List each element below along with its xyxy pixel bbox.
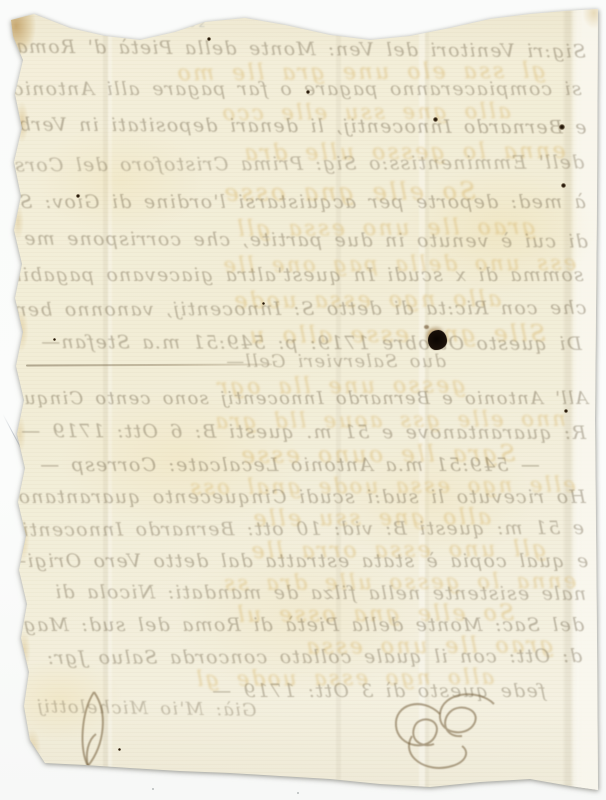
handwriting-line: d: Ott: con il quale collato concorda Sa… <box>46 647 582 668</box>
ink-speck <box>433 117 438 122</box>
handwriting-line: R: quarantanove e 51 m. questi B: 6 Ott:… <box>20 422 586 443</box>
ink-speck <box>207 37 211 41</box>
handwriting-line: del Sac: Monte della Pietà di Roma del s… <box>0 616 584 635</box>
ink-speck <box>561 183 566 188</box>
flourish-tail <box>74 690 112 770</box>
handwriting-line: di cui è venuto in due partite, che corr… <box>0 229 588 251</box>
handwriting-line: à med: deporte per acquistarsi l'ordine … <box>0 193 586 212</box>
handwriting-line: e 51 m: questi B: vid: 10 ott: Bernardo … <box>14 519 584 540</box>
handwriting-line: Già: M'io Michelottij <box>35 698 256 720</box>
handwriting-line: che con Ric:ta di detto S: Innocentij, v… <box>0 299 586 320</box>
paper-sheet: gl ssa elo une gra lle moallo gne ssu el… <box>0 0 606 800</box>
paper-shadow: gl ssa elo une gra lle moallo gne ssu el… <box>0 0 606 800</box>
handwriting-line: Sig:ri Venitori del Ven: Monte della Pie… <box>0 37 586 61</box>
ink-speck <box>262 302 265 305</box>
handwriting-line: somma di x scudi In quest'altra giacevan… <box>7 266 584 285</box>
handwriting-line: duo Salervieri Gell— <box>225 353 446 371</box>
archival-mark: 15 02 <box>162 17 209 30</box>
ink-speck <box>564 409 568 413</box>
handwriting-line: — 549:51 m.a Antonio Lecalcate: Corresp … <box>39 456 540 475</box>
ink-blot <box>428 330 447 350</box>
handwriting-line: All' Antonio e Bernardo Innocentij sono … <box>0 390 588 408</box>
handwriting-line: e Bernardo Innocentij, li denari deposit… <box>0 115 586 137</box>
ink-speck <box>306 90 310 94</box>
handwriting-line: dell' Emminentiss:o Sig: Prima Cristofor… <box>0 153 584 175</box>
handwriting-line: nale esistente nella filza de mandati: N… <box>54 583 586 604</box>
handwriting-line: Ho ricevuto li sud:i scudi Cinquecento q… <box>0 488 586 507</box>
handwriting-line: e qual copia è stata estratta dal detto … <box>6 552 588 571</box>
ink-speck <box>53 338 56 341</box>
signature-flourish <box>382 686 504 778</box>
scanned-page: gl ssa elo une gra lle moallo gne ssu el… <box>0 0 606 800</box>
ink-speck <box>118 748 121 751</box>
handwriting-line: si compiaceranno pagare o far pagare all… <box>11 80 582 99</box>
ink-speck <box>76 194 80 198</box>
ink-speck <box>559 124 565 130</box>
